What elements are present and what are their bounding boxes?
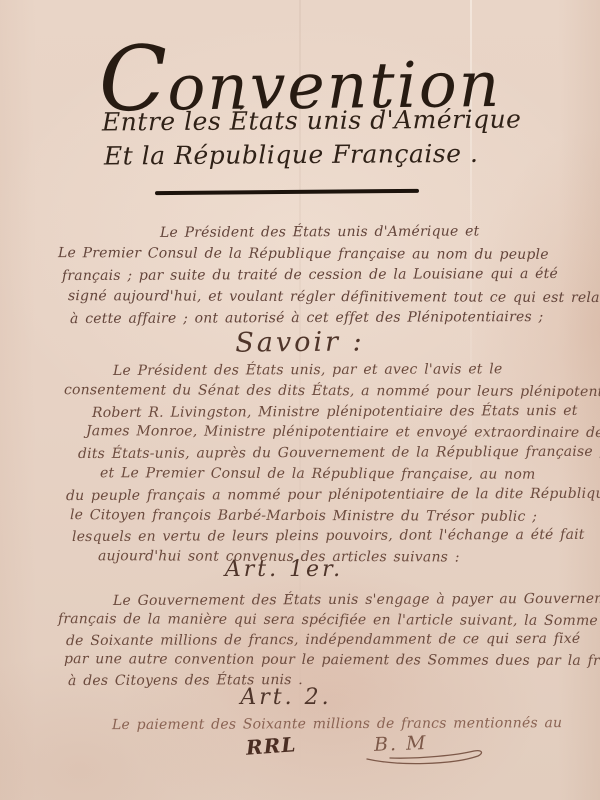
article-1-heading: Art. 1er. <box>0 557 584 582</box>
savoir-heading: Savoir : <box>0 324 600 360</box>
subtitle-line: Et la République Française . <box>104 137 522 174</box>
text-line: Le Président des États unis d'Amérique e… <box>160 221 558 244</box>
document-subtitle: Entre les États unis d'Amérique Et la Ré… <box>102 104 521 172</box>
text-line: Robert R. Livingston, Ministre plénipote… <box>92 401 558 424</box>
text-line: du peuple français a nommé pour plénipot… <box>66 484 558 507</box>
text-line: Le Gouvernement des États unis s'engage … <box>113 589 558 611</box>
manuscript-page: Convention Entre les États unis d'Amériq… <box>0 0 600 800</box>
text-line: lesquels en vertu de leurs pleins pouvoi… <box>72 525 558 548</box>
subtitle-line: Entre les États unis d'Amérique <box>102 103 522 140</box>
text-line: Le Président des États unis, par et avec… <box>113 359 558 382</box>
text-line: et Le Premier Consul de la République fr… <box>100 463 558 485</box>
article-2-heading: Art. 2. <box>0 685 586 710</box>
signature-initials-row: RRL B. M <box>0 732 600 782</box>
article-1-paragraph: Le Gouvernement des États unis s'engage … <box>58 590 558 690</box>
text-line: consentement du Sénat des dits États, a … <box>64 380 558 403</box>
plenipotentiaries-paragraph: Le Président des États unis, par et avec… <box>58 360 558 568</box>
title-divider-rule <box>155 189 419 195</box>
text-line: français ; par suite du traité de cessio… <box>62 264 558 288</box>
preamble-paragraph: Le Président des États unis d'Amérique e… <box>58 222 558 330</box>
text-line: signé aujourd'hui, et voulant régler déf… <box>68 286 558 309</box>
article-2-paragraph: Le paiement des Soixante millions de fra… <box>112 714 600 734</box>
text-line: le Citoyen françois Barbé-Marbois Minist… <box>70 505 558 528</box>
livingston-initials: RRL <box>245 732 297 759</box>
text-line: dits États-unis, auprès du Gouvernement … <box>78 442 558 465</box>
text-line: français de la manière qui sera spécifié… <box>58 609 558 631</box>
text-line: Le Premier Consul de la République franç… <box>58 243 558 266</box>
text-line: par une autre convention pour le paiemen… <box>64 649 558 671</box>
text-line: James Monroe, Ministre plénipotentiaire … <box>86 422 558 444</box>
signature-flourish <box>364 748 490 772</box>
text-line: de Soixante millions de francs, indépend… <box>66 629 558 651</box>
